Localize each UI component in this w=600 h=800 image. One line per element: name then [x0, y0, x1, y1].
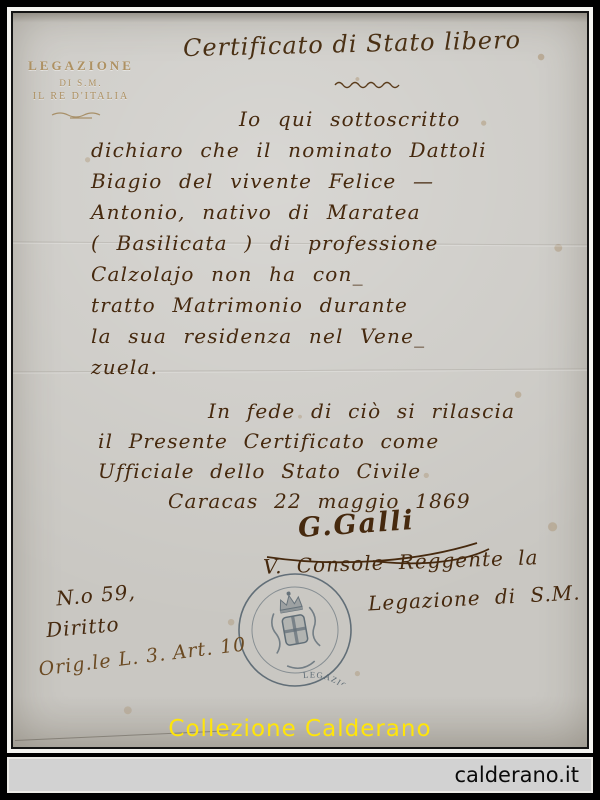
handwritten-line: dichiaro che il nominato Dattoli [91, 135, 487, 166]
handwritten-line: Calzolajo non ha con_ [91, 259, 487, 290]
handwritten-line: il Presente Certificato come [98, 426, 515, 456]
tariff-note: Orig.le L. 3. Art. 10 [37, 633, 247, 680]
signer-title-line: Legazione di S.M. [368, 580, 582, 615]
site-url: calderano.it [454, 763, 579, 787]
letterhead-line-3: IL RE D'ITALIA [23, 91, 139, 102]
site-strip: calderano.it [7, 757, 593, 793]
fee-note: Diritto [45, 612, 120, 642]
handwritten-line: Antonio, nativo di Maratea [91, 197, 487, 228]
handwritten-line: la sua residenza nel Vene_ [91, 321, 487, 352]
body-text: Io qui sottoscritto dichiaro che il nomi… [91, 104, 487, 383]
photo-mat: LEGAZIONE DI S.M. IL RE D'ITALIA Certifi… [7, 7, 593, 753]
document-photo: LEGAZIONE DI S.M. IL RE D'ITALIA Certifi… [11, 11, 589, 749]
protocol-number-note: N.o 59, [55, 580, 137, 611]
handwritten-line: In fede di ciò si rilascia [98, 396, 515, 426]
title-underline [333, 79, 407, 89]
handwritten-line: Io qui sottoscritto [91, 104, 487, 135]
handwritten-line: Biagio del vivente Felice — [91, 166, 487, 197]
shield-icon [282, 614, 309, 645]
letterhead-line-2: DI S.M. [23, 78, 139, 88]
consular-seal: LEGAZIONE DI S.M. IL RE D'ITALIA • A CAR… [223, 558, 367, 702]
handwritten-line: tratto Matrimonio durante [91, 290, 487, 321]
collection-watermark: Collezione Calderano [13, 716, 587, 742]
handwritten-line: ( Basilicata ) di professione [91, 228, 487, 259]
closing-text: In fede di ciò si rilascia il Presente C… [98, 396, 515, 516]
letterhead-line-1: LEGAZIONE [23, 58, 139, 74]
crown-icon [277, 590, 302, 613]
handwritten-line: Ufficiale dello Stato Civile [98, 456, 515, 486]
document-title: Certificato di Stato libero [183, 26, 522, 62]
framed-photo: LEGAZIONE DI S.M. IL RE D'ITALIA Certifi… [0, 0, 600, 800]
handwritten-line: zuela. [91, 352, 487, 383]
